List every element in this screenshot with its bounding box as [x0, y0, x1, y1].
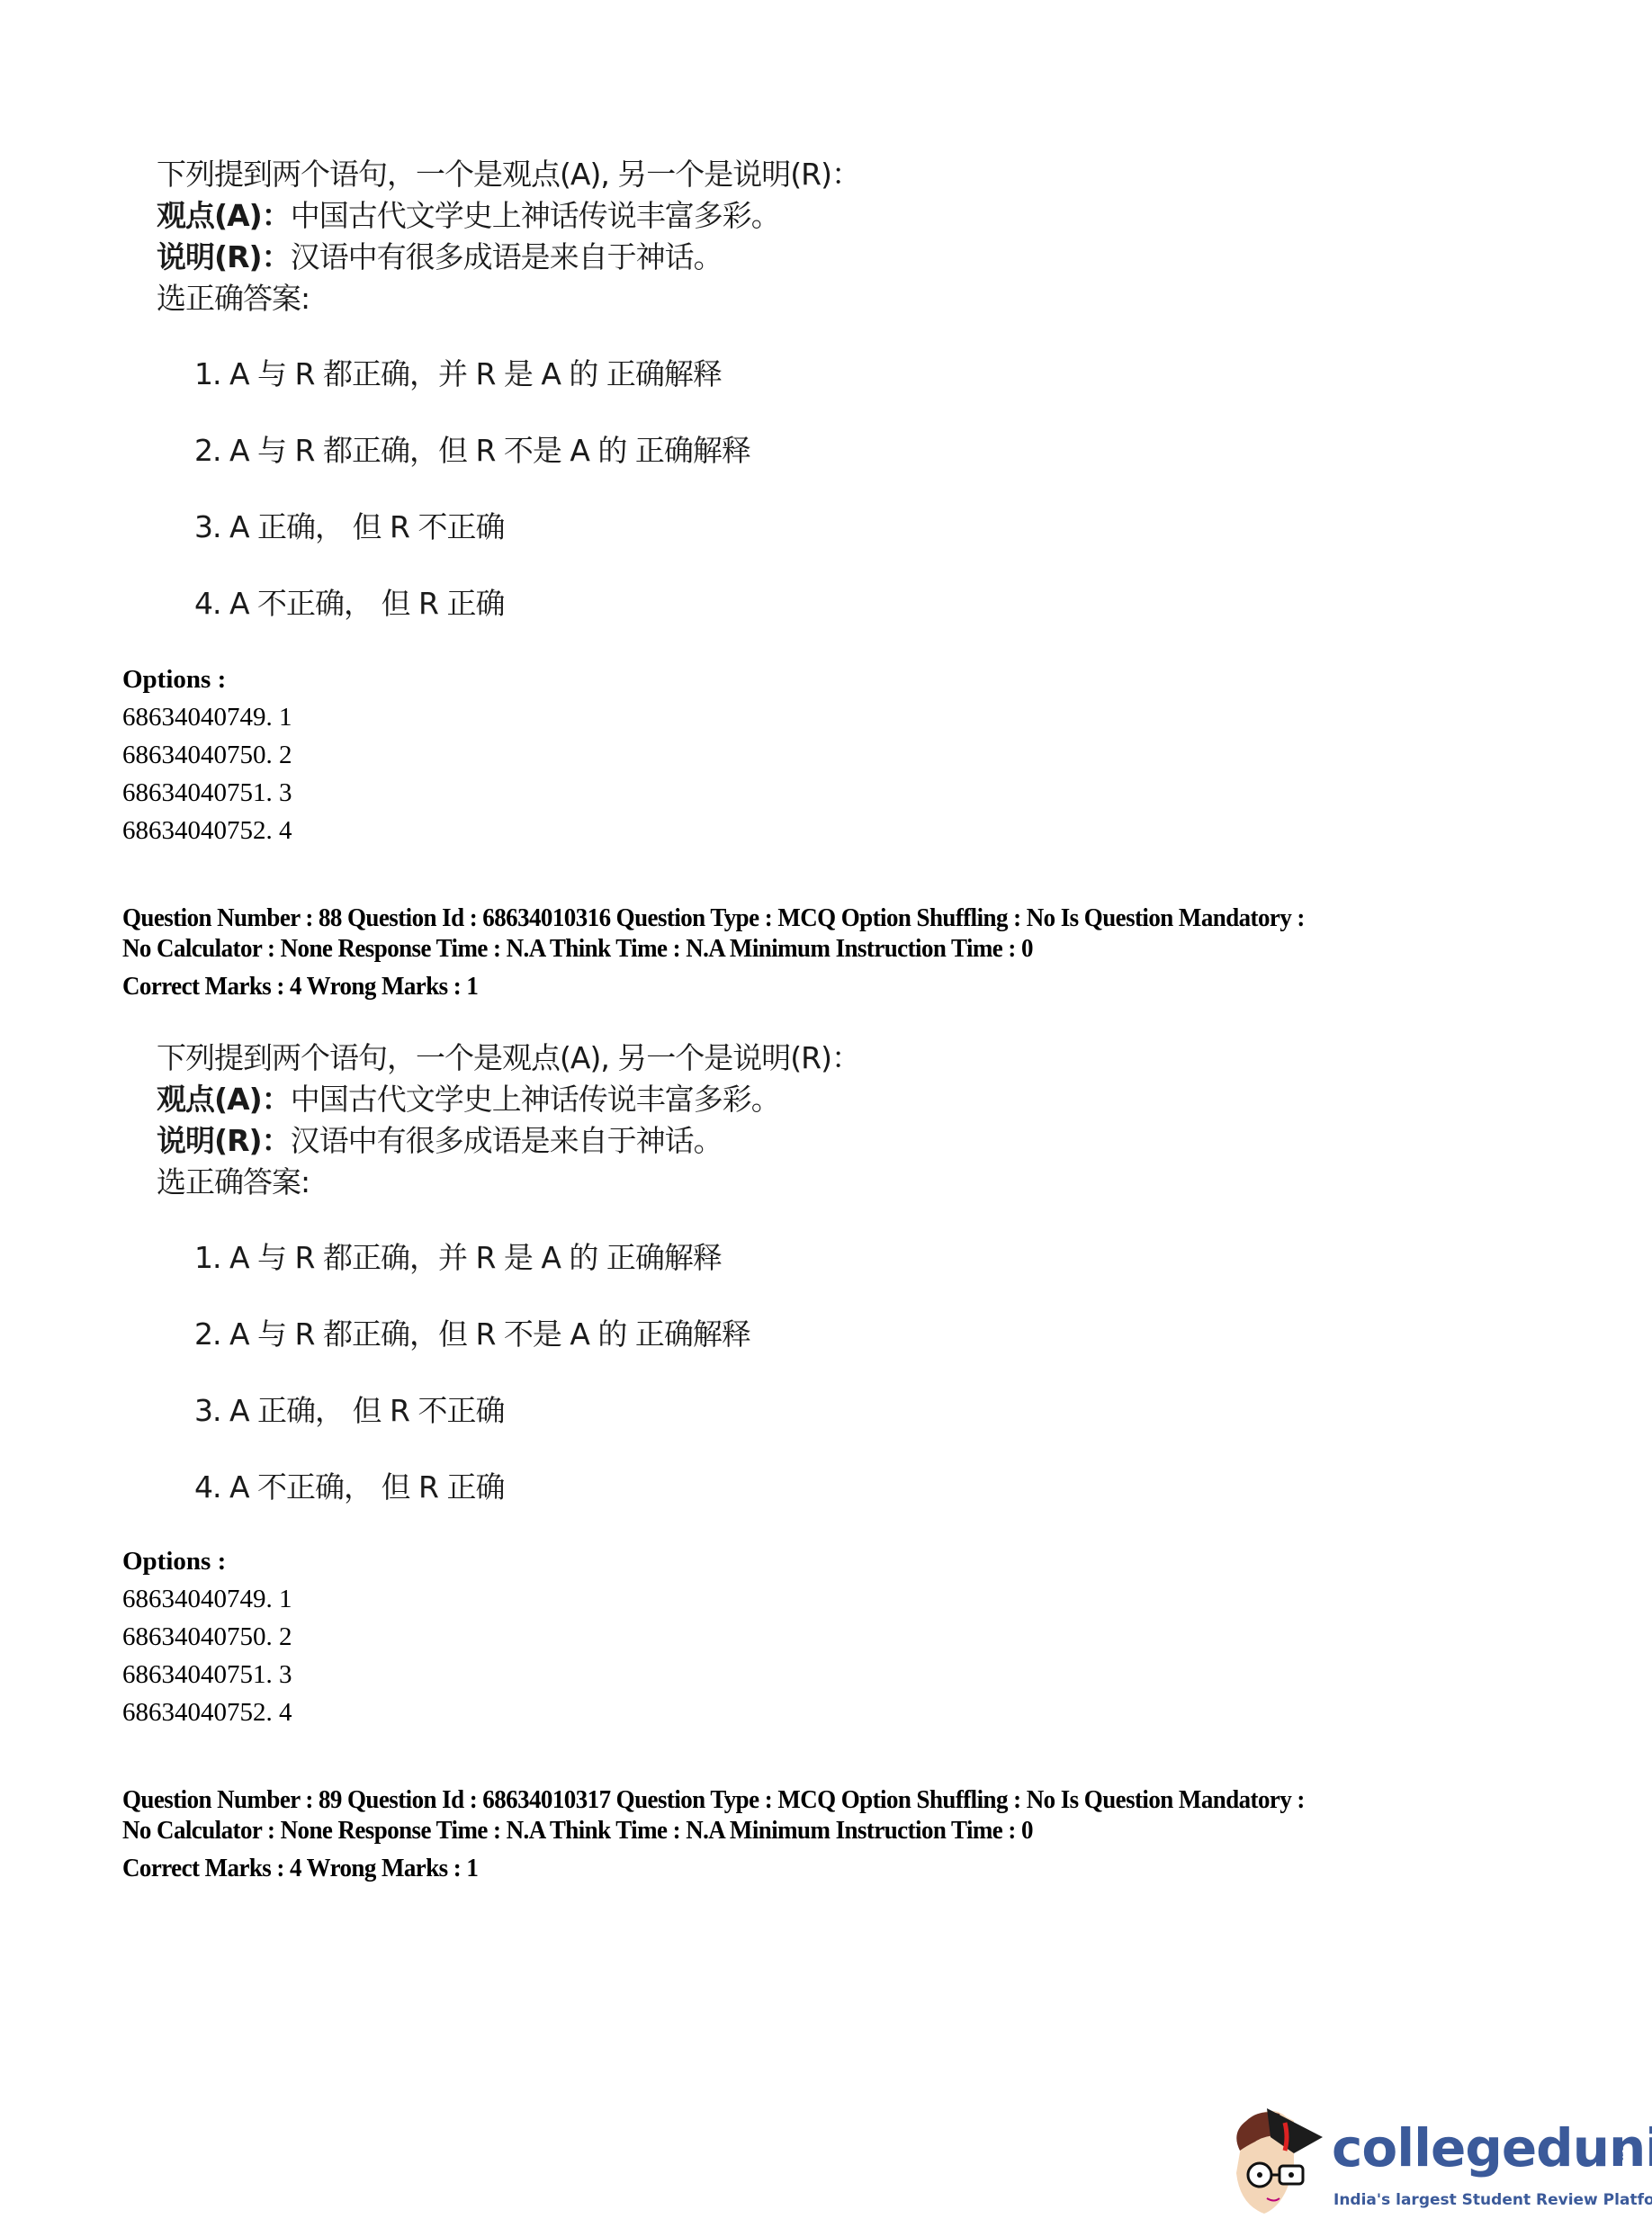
- option-item: 68634040752. 4: [122, 815, 292, 846]
- assertion-text: 中国古代文学史上神话传说丰富多彩。: [291, 1082, 780, 1117]
- assertion-label: 观点(A)：: [157, 198, 291, 233]
- reason-line: 说明(R)：汉语中有很多成语是来自于神话。: [157, 239, 723, 275]
- option-item: 68634040750. 2: [122, 740, 292, 770]
- question-header-line1: Question Number : 88 Question Id : 68634…: [122, 903, 1305, 933]
- reason-label: 说明(R)：: [157, 1123, 291, 1158]
- question-header-line1: Question Number : 89 Question Id : 68634…: [122, 1784, 1305, 1815]
- question-marks: Correct Marks : 4 Wrong Marks : 1: [122, 1853, 478, 1883]
- question-marks: Correct Marks : 4 Wrong Marks : 1: [122, 971, 478, 1002]
- option-item: 68634040749. 1: [122, 1584, 292, 1614]
- question-image: 下列提到两个语句，一个是观点(A), 另一个是说明(R)： 观点(A)：中国古代…: [126, 1037, 936, 1505]
- reason-label: 说明(R)：: [157, 239, 291, 274]
- instruction-text: 选正确答案:: [157, 1164, 310, 1200]
- assertion-text: 中国古代文学史上神话传说丰富多彩。: [291, 198, 780, 233]
- option-item: 68634040751. 3: [122, 777, 292, 808]
- choice-item: 3. A 正确， 但 R 不正确: [194, 509, 504, 545]
- assertion-line: 观点(A)：中国古代文学史上神话传说丰富多彩。: [157, 198, 780, 234]
- choice-item: 2. A 与 R 都正确，但 R 不是 A 的 正确解释: [194, 433, 750, 469]
- instruction-text: 选正确答案:: [157, 281, 310, 317]
- logo-suffix: .com: [1615, 2137, 1627, 2161]
- question-stem: 下列提到两个语句，一个是观点(A), 另一个是说明(R)：: [157, 1040, 860, 1076]
- reason-line: 说明(R)：汉语中有很多成语是来自于神话。: [157, 1123, 723, 1159]
- logo-tagline: India's largest Student Review Platform: [1333, 2191, 1652, 2209]
- options-title: Options :: [122, 664, 226, 695]
- assertion-line: 观点(A)：中国古代文学史上神话传说丰富多彩。: [157, 1082, 780, 1118]
- choice-item: 1. A 与 R 都正确，并 R 是 A 的 正确解释: [194, 356, 722, 392]
- choice-item: 3. A 正确， 但 R 不正确: [194, 1393, 504, 1429]
- option-item: 68634040752. 4: [122, 1697, 292, 1728]
- assertion-label: 观点(A)：: [157, 1082, 291, 1117]
- collegedunia-logo[interactable]: collegedunia .com India's largest Studen…: [1224, 2101, 1647, 2223]
- option-item: 68634040749. 1: [122, 702, 292, 732]
- question-header-line2: No Calculator : None Response Time : N.A…: [122, 933, 1033, 964]
- reason-text: 汉语中有很多成语是来自于神话。: [291, 239, 723, 274]
- question-image: 下列提到两个语句，一个是观点(A), 另一个是说明(R)： 观点(A)：中国古代…: [126, 153, 936, 621]
- options-title: Options :: [122, 1546, 226, 1577]
- choice-item: 1. A 与 R 都正确，并 R 是 A 的 正确解释: [194, 1240, 722, 1276]
- reason-text: 汉语中有很多成语是来自于神话。: [291, 1123, 723, 1158]
- choice-item: 4. A 不正确， 但 R 正确: [194, 586, 504, 622]
- question-header-line2: No Calculator : None Response Time : N.A…: [122, 1815, 1033, 1846]
- option-item: 68634040751. 3: [122, 1659, 292, 1690]
- choice-item: 2. A 与 R 都正确，但 R 不是 A 的 正确解释: [194, 1316, 750, 1352]
- option-item: 68634040750. 2: [122, 1622, 292, 1652]
- mascot-icon: [1224, 2101, 1336, 2223]
- choice-item: 4. A 不正确， 但 R 正确: [194, 1469, 504, 1505]
- logo-wordmark: collegedunia: [1332, 2117, 1652, 2179]
- question-stem: 下列提到两个语句，一个是观点(A), 另一个是说明(R)：: [157, 157, 860, 193]
